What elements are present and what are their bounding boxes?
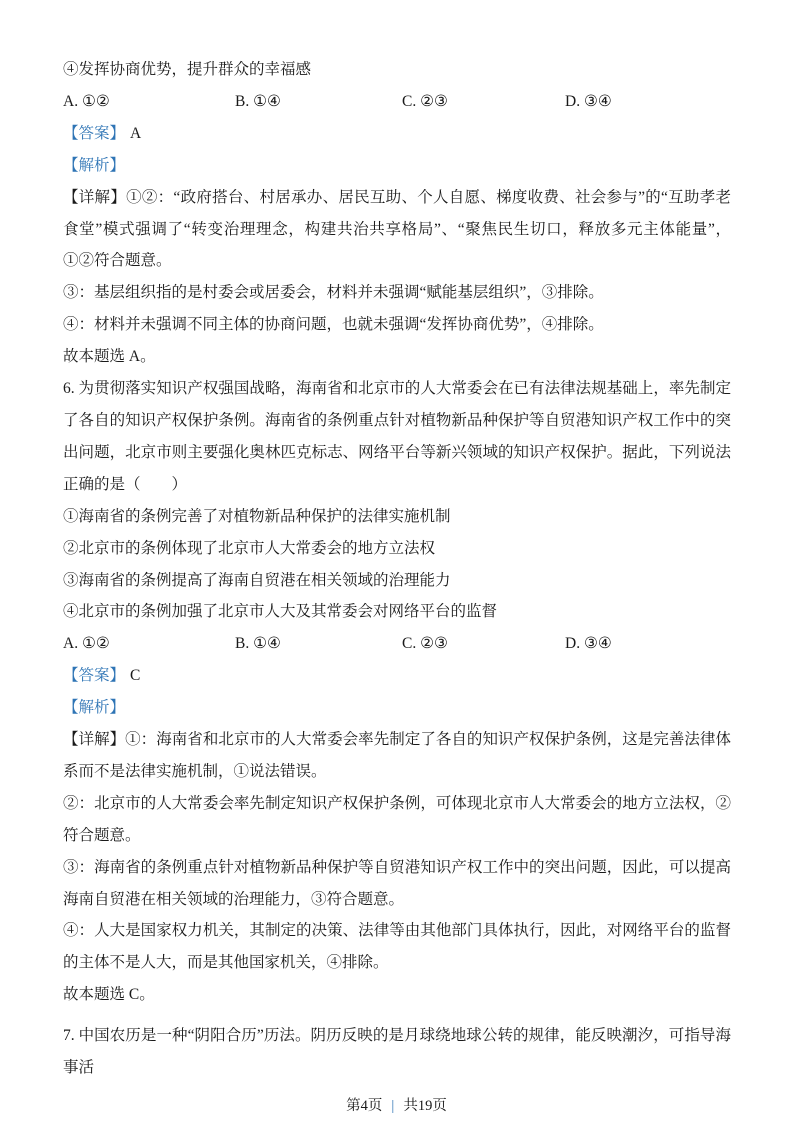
question-7-stem: 7. 中国农历是一种“阴阳合历”历法。阴历反映的是月球绕地球公转的规律，能反映潮… (63, 1020, 731, 1084)
q5-choice-c: C. ②③ (402, 86, 565, 118)
page-footer: 第4页|共19页 (0, 1094, 793, 1115)
exam-answer-page: ④发挥协商优势，提升群众的幸福感 A. ①② B. ①④ C. ②③ D. ③④… (0, 0, 793, 1122)
footer-separator: | (391, 1098, 394, 1114)
question-7-block: 7. 中国农历是一种“阴阳合历”历法。阴历反映的是月球绕地球公转的规律，能反映潮… (63, 1020, 731, 1084)
question-5-answer-block: ④发挥协商优势，提升群众的幸福感 A. ①② B. ①④ C. ②③ D. ③④… (63, 54, 731, 373)
footer-total-pages: 共19页 (403, 1098, 447, 1114)
q5-analysis-label: 【解析】 (63, 150, 731, 182)
analysis-label: 【解析】 (63, 157, 125, 174)
q5-answer-value: A (130, 125, 141, 142)
q5-detail-paragraph: ④：材料并未强调不同主体的协商问题，也就未强调“发挥协商优势”，④排除。 (63, 309, 731, 341)
analysis-label: 【解析】 (63, 699, 125, 716)
q6-choice-d: D. ③④ (565, 628, 731, 660)
q5-answer-line: 【答案】A (63, 118, 731, 150)
q6-option-1: ①海南省的条例完善了对植物新品种保护的法律实施机制 (63, 501, 731, 533)
q5-statement-4: ④发挥协商优势，提升群众的幸福感 (63, 54, 731, 86)
q6-detail-paragraph: 【详解】①：海南省和北京市的人大常委会率先制定了各自的知识产权保护条例，这是完善… (63, 724, 731, 788)
q5-choice-b: B. ①④ (235, 86, 402, 118)
q5-conclusion: 故本题选 A。 (63, 341, 731, 373)
question-6-block: 6. 为贯彻落实知识产权强国战略，海南省和北京市的人大常委会在已有法律法规基础上… (63, 373, 731, 1011)
q5-detail-paragraph: 【详解】①②：“政府搭台、村居承办、居民互助、个人自愿、梯度收费、社会参与”的“… (63, 182, 731, 278)
page-body: ④发挥协商优势，提升群众的幸福感 A. ①② B. ①④ C. ②③ D. ③④… (63, 54, 731, 1084)
q6-choice-a: A. ①② (63, 628, 235, 660)
footer-page-number: 第4页 (346, 1098, 382, 1114)
q6-detail-paragraph: ②：北京市的人大常委会率先制定知识产权保护条例，可体现北京市人大常委会的地方立法… (63, 788, 731, 852)
answer-label: 【答案】 (63, 667, 125, 684)
q5-choice-a: A. ①② (63, 86, 235, 118)
q6-answer-value: C (130, 667, 140, 684)
q6-option-2: ②北京市的条例体现了北京市人大常委会的地方立法权 (63, 533, 731, 565)
q6-option-4: ④北京市的条例加强了北京市人大及其常委会对网络平台的监督 (63, 596, 731, 628)
answer-label: 【答案】 (63, 125, 125, 142)
q6-answer-line: 【答案】C (63, 660, 731, 692)
q6-choice-c: C. ②③ (402, 628, 565, 660)
q6-choice-b: B. ①④ (235, 628, 402, 660)
q5-detail-paragraph: ③：基层组织指的是村委会或居委会，材料并未强调“赋能基层组织”，③排除。 (63, 277, 731, 309)
q6-analysis-label: 【解析】 (63, 692, 731, 724)
q5-choices-row: A. ①② B. ①④ C. ②③ D. ③④ (63, 86, 731, 118)
q6-choices-row: A. ①② B. ①④ C. ②③ D. ③④ (63, 628, 731, 660)
q6-detail-paragraph: ④：人大是国家权力机关，其制定的决策、法律等由其他部门具体执行，因此，对网络平台… (63, 915, 731, 979)
q5-choice-d: D. ③④ (565, 86, 731, 118)
q6-option-3: ③海南省的条例提高了海南自贸港在相关领域的治理能力 (63, 565, 731, 597)
question-6-stem: 6. 为贯彻落实知识产权强国战略，海南省和北京市的人大常委会在已有法律法规基础上… (63, 373, 731, 501)
q6-detail-paragraph: ③：海南省的条例重点针对植物新品种保护等自贸港知识产权工作中的突出问题，因此，可… (63, 852, 731, 916)
q6-conclusion: 故本题选 C。 (63, 979, 731, 1011)
